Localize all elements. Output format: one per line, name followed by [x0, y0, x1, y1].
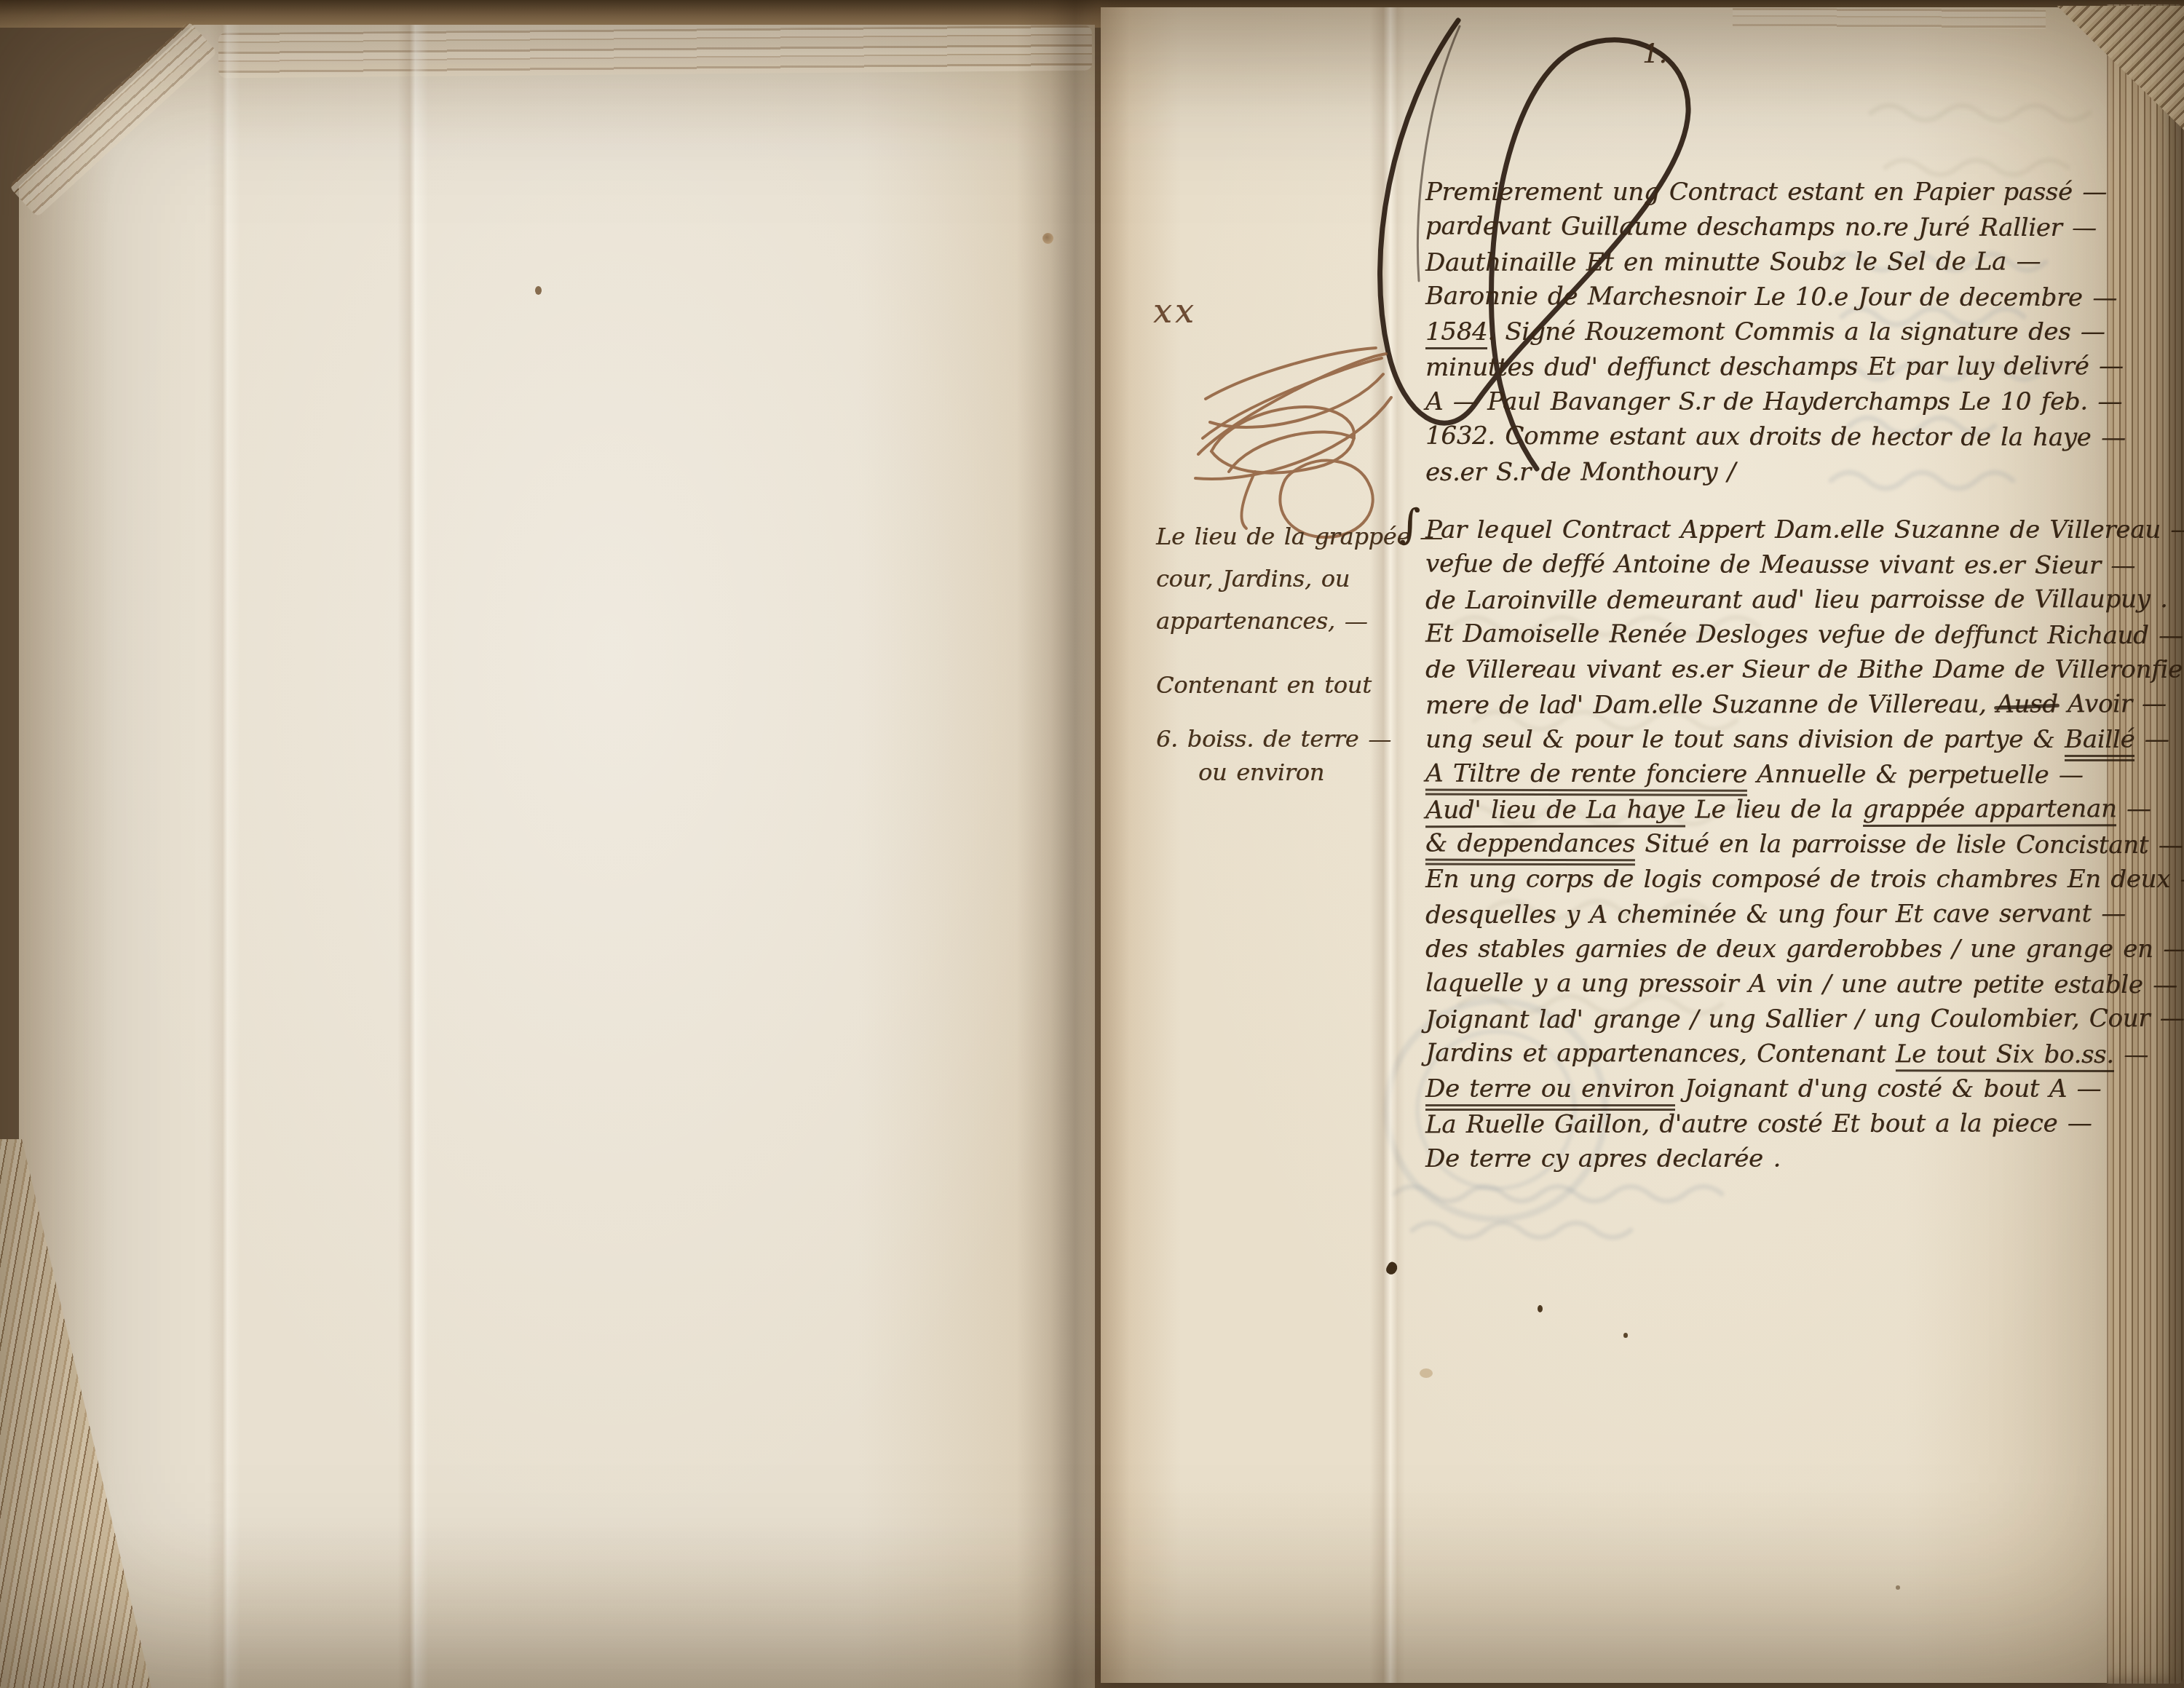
manuscript-text-line: De terre ou environ Joignant d'ung costé… [1425, 1074, 2184, 1109]
manuscript-text-line: La Ruelle Gaillon, d'autre costé Et bout… [1425, 1108, 2184, 1144]
manuscript-text-line: & deppendances Situé en la parroisse de … [1425, 828, 2184, 865]
entry-paragraph-description: Par lequel Contract Appert Dam.elle Suza… [1425, 515, 2184, 1178]
text-segment: Dauthinaille Et en minutte Soubz le Sel … [1425, 247, 2041, 277]
manuscript-text-line: En ung corps de logis composé de trois c… [1425, 864, 2184, 899]
manuscript-text-line: 1584. Signé Rouzemont Commis a la signat… [1425, 317, 2126, 352]
ink-speck [1538, 1305, 1543, 1312]
right-page-leaf-edges-top [1733, 7, 2046, 28]
manuscript-text-line: 1632. Comme estant aux droits de hector … [1425, 421, 2126, 458]
underlined-text-segment: 1584 [1425, 317, 1487, 349]
manuscript-text-line: desquelles y A cheminée & ung four Et ca… [1425, 898, 2184, 935]
paper-stain [1420, 1368, 1433, 1378]
text-segment: Baronnie de Marchesnoir Le 10.e Jour de … [1425, 282, 2117, 312]
underlined-text-segment: grappée appartenan [1863, 794, 2117, 827]
manuscript-text-line: pardevant Guillaume deschamps no.re Juré… [1425, 211, 2126, 248]
ink-speck [535, 286, 542, 295]
ink-speck [1623, 1333, 1628, 1338]
text-segment: Annuelle & perpetuelle — [1747, 760, 2084, 790]
margin-note-line: 6. boiss. de terre — [1156, 725, 1391, 753]
manuscript-text-line: Dauthinaille Et en minutte Soubz le Sel … [1425, 246, 2126, 282]
left-page-blank [19, 25, 1095, 1688]
manuscript-text-line: Aud' lieu de La haye Le lieu de la grapp… [1425, 793, 2184, 830]
ink-scribble-drawing [1185, 329, 1411, 555]
text-segment: — [2116, 794, 2151, 823]
text-segment: mere de lad' Dam.elle Suzanne de Villere… [1425, 690, 1996, 721]
manuscript-text-line: de Laroinville demeurant aud' lieu parro… [1425, 584, 2184, 620]
text-segment: desquelles y A cheminée & ung four Et ca… [1425, 899, 2126, 930]
manuscript-photo: 1. xx Le lieu de la grappée — cour, Jard… [0, 0, 2184, 1688]
text-segment: pardevant Guillaume deschamps no.re Juré… [1425, 212, 2097, 242]
text-segment: laquelle y a ung pressoir A vin / une au… [1425, 969, 2177, 1000]
manuscript-text-line: minuttes dud' deffunct deschamps Et par … [1425, 351, 2126, 387]
paragraph-mark: ∫ [1399, 501, 1420, 548]
left-page-leaf-edges-top [218, 25, 1092, 78]
text-segment: Premierement ung Contract estant en Papi… [1425, 178, 2107, 207]
text-segment: Joignant d'ung costé & bout A — [1675, 1074, 2102, 1103]
manuscript-text-line: Baronnie de Marchesnoir Le 10.e Jour de … [1425, 281, 2126, 318]
manuscript-text-line: laquelle y a ung pressoir A vin / une au… [1425, 968, 2184, 1005]
margin-note-line: appartenances, — [1156, 607, 1367, 635]
margin-mark-xx: xx [1153, 291, 1197, 330]
manuscript-text-line: Joignant lad' grange / ung Sallier / ung… [1425, 1003, 2184, 1039]
text-segment: . Signé Rouzemont Commis a la signature … [1487, 317, 2105, 346]
book-gutter [1016, 0, 1130, 1688]
text-segment: En ung corps de logis composé de trois c… [1425, 865, 2184, 894]
entry-paragraph-preamble: Premierement ung Contract estant en Papi… [1425, 177, 2126, 491]
struck-text-segment: Ausd [1996, 689, 2058, 718]
text-segment: de Laroinville demeurant aud' lieu parro… [1425, 585, 2168, 615]
text-segment: de Villereau vivant es.er Sieur de Bithe… [1425, 655, 2184, 684]
manuscript-text-line: vefue de deffé Antoine de Meausse vivant… [1425, 549, 2184, 586]
manuscript-text-line: A — Paul Bavanger S.r de Hayderchamps Le… [1425, 387, 2126, 421]
manuscript-text-line: es.er S.r de Monthoury / [1425, 456, 2126, 492]
manuscript-text-line: Jardins et appartenances, Contenant Le t… [1425, 1038, 2184, 1075]
margin-note-line: Contenant en tout [1156, 671, 1372, 699]
text-segment: La Ruelle Gaillon, d'autre costé Et bout… [1425, 1109, 2092, 1139]
manuscript-text-line: des stables garnies de deux garderobbes … [1425, 934, 2184, 969]
manuscript-text-line: Par lequel Contract Appert Dam.elle Suza… [1425, 515, 2184, 550]
text-segment: Situé en la parroisse de lisle Concistan… [1635, 829, 2183, 860]
text-segment: Le lieu de la [1685, 795, 1863, 825]
text-segment: Avoir — [2058, 689, 2167, 718]
ink-scribble [1185, 329, 1411, 555]
manuscript-text-line: de Villereau vivant es.er Sieur de Bithe… [1425, 654, 2184, 689]
text-segment: Et Damoiselle Renée Desloges vefue de de… [1425, 619, 2183, 651]
text-segment: Joignant lad' grange / ung Sallier / ung… [1425, 1004, 2184, 1034]
sewing-hole [1042, 233, 1053, 244]
folio-number: 1. [1642, 39, 1667, 69]
text-segment: es.er S.r de Monthoury / [1425, 457, 1736, 487]
text-segment: vefue de deffé Antoine de Meausse vivant… [1425, 550, 2135, 581]
underlined-text-segment: Baillé [2065, 725, 2134, 761]
text-segment: Jardins et appartenances, Contenant [1425, 1039, 1896, 1069]
text-segment: Par lequel Contract Appert Dam.elle Suza… [1425, 515, 2184, 544]
underlined-text-segment: A Tiltre de rente fonciere [1425, 759, 1747, 796]
underlined-text-segment: Aud' lieu de La haye [1425, 795, 1685, 828]
text-segment: minuttes dud' deffunct deschamps Et par … [1425, 352, 2124, 382]
underlined-text-segment: Le tout Six bo.ss. [1896, 1039, 2114, 1072]
text-segment: des stables garnies de deux garderobbes … [1425, 935, 2184, 964]
margin-note-line: ou environ [1198, 758, 1324, 786]
text-segment: A — Paul Bavanger S.r de Hayderchamps Le… [1425, 387, 2122, 416]
text-segment: ung seul & pour le tout sans division de… [1425, 725, 2065, 754]
manuscript-text-line: Et Damoiselle Renée Desloges vefue de de… [1425, 619, 2184, 656]
text-segment: — [2134, 725, 2169, 754]
manuscript-text-line: A Tiltre de rente fonciere Annuelle & pe… [1425, 758, 2184, 796]
text-segment: — [2114, 1040, 2148, 1069]
text-segment: 1632. Comme estant aux droits de hector … [1425, 421, 2126, 453]
margin-note-line: cour, Jardins, ou [1156, 565, 1350, 593]
text-segment: De terre cy apres declarée . [1425, 1144, 1781, 1173]
manuscript-text-line: De terre cy apres declarée . [1425, 1144, 2184, 1178]
manuscript-text-line: ung seul & pour le tout sans division de… [1425, 724, 2184, 759]
underlined-text-segment: & deppendances [1425, 829, 1635, 866]
underlined-text-segment: De terre ou environ [1425, 1074, 1675, 1111]
manuscript-text-line: Premierement ung Contract estant en Papi… [1425, 177, 2126, 212]
ink-speck [1896, 1585, 1900, 1590]
manuscript-text-line: mere de lad' Dam.elle Suzanne de Villere… [1425, 689, 2184, 725]
